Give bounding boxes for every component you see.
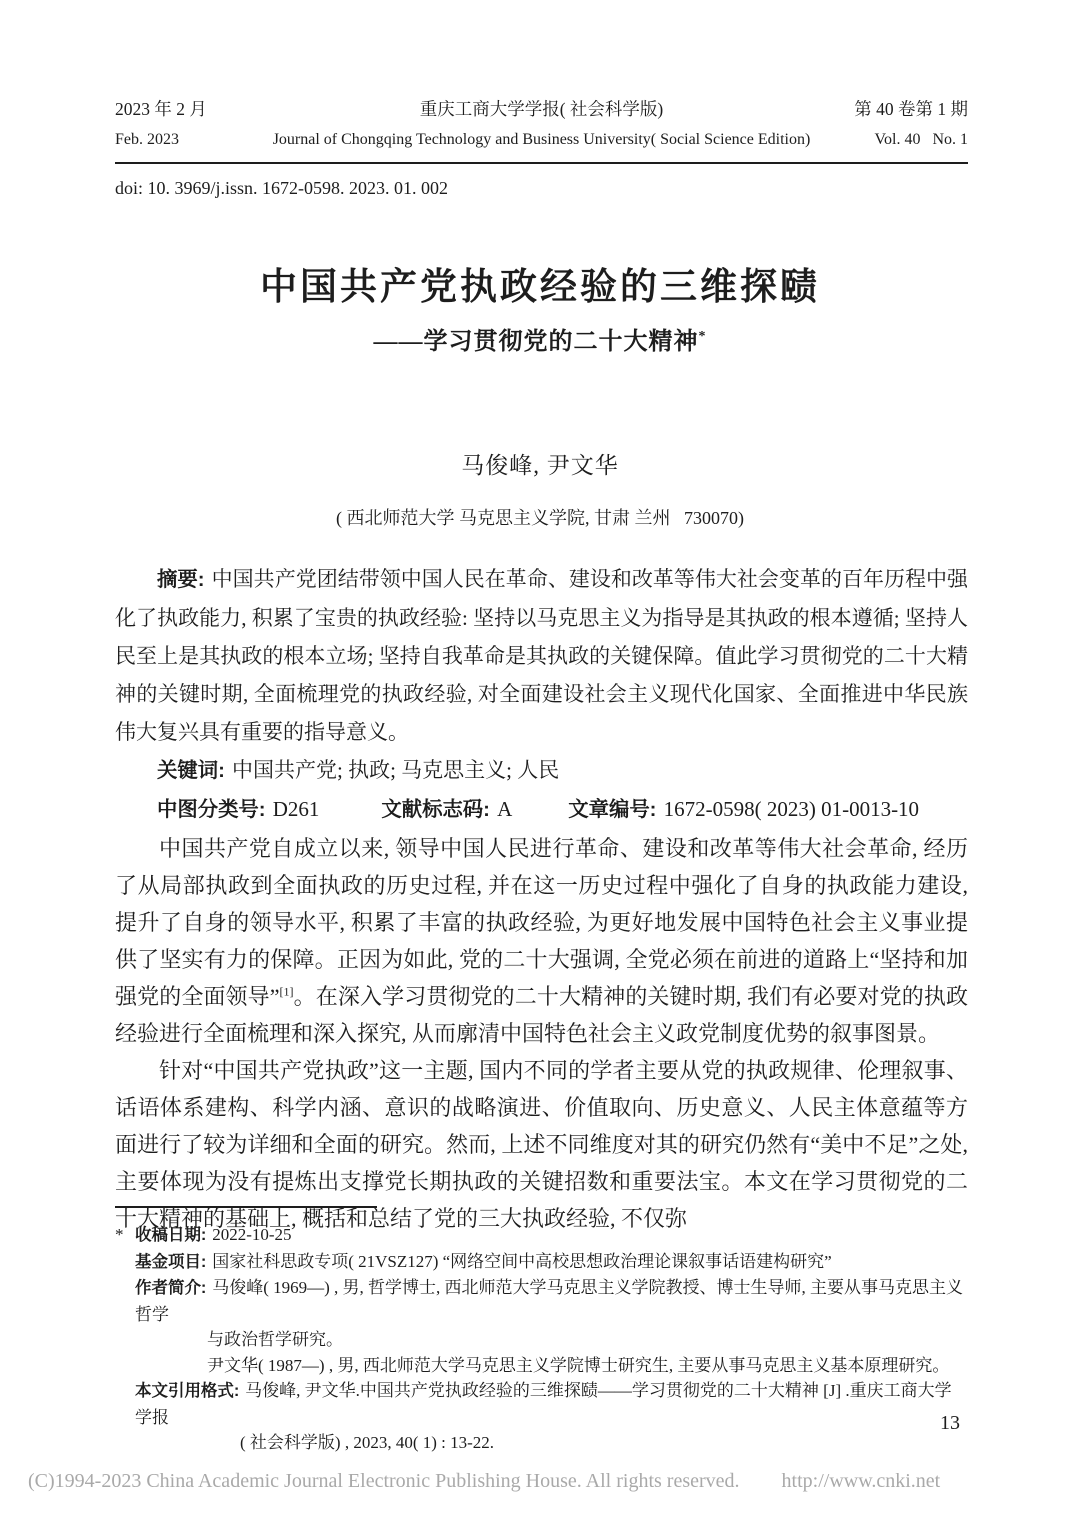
- received-date: 2022-10-25: [212, 1225, 291, 1244]
- classification-line: 中图分类号:D261文献标志码:A文章编号:1672-0598( 2023) 0…: [115, 790, 968, 829]
- footnote-bio-1: 作者简介:马俊峰( 1969—) , 男, 哲学博士, 西北师范大学马克思主义学…: [115, 1275, 968, 1327]
- header-issue-cn: 第 40 卷第 1 期: [854, 96, 968, 121]
- citation-text-a: 马俊峰, 尹文华.中国共产党执政经验的三维探赜——学习贯彻党的二十大精神 [J]…: [135, 1381, 952, 1427]
- clc-label: 中图分类号:: [157, 799, 266, 821]
- header-journal-name-en: Journal of Chongqing Technology and Busi…: [273, 131, 811, 149]
- abstract-text: 中国共产党团结带领中国人民在革命、建设和改革等伟大社会变革的百年历程中强化了执政…: [115, 567, 968, 744]
- footnote-citation-cont: ( 社会科学版) , 2023, 40( 1) : 13-22.: [115, 1430, 968, 1456]
- doc-code-label: 文献标志码:: [381, 799, 490, 821]
- clc-value: D261: [273, 797, 320, 821]
- footnote-received: *收稿日期:2022-10-25: [115, 1222, 968, 1249]
- subtitle-text: ——学习贯彻党的二十大精神: [374, 329, 699, 355]
- bio-label: 作者简介:: [135, 1279, 206, 1297]
- keywords-line: 关键词:中国共产党; 执政; 马克思主义; 人民: [115, 751, 968, 790]
- bio1-text-a: 马俊峰( 1969—) , 男, 哲学博士, 西北师范大学马克思主义学院教授、博…: [135, 1278, 963, 1324]
- footnote-citation: 本文引用格式:马俊峰, 尹文华.中国共产党执政经验的三维探赜——学习贯彻党的二十…: [115, 1378, 968, 1430]
- footnote-divider: [115, 1206, 377, 1208]
- authors: 马俊峰, 尹文华: [0, 447, 1080, 480]
- article-subtitle: ——学习贯彻党的二十大精神*: [0, 321, 1080, 356]
- citation-label: 本文引用格式:: [135, 1382, 239, 1400]
- header-divider: [115, 162, 968, 164]
- fund-label: 基金项目:: [135, 1253, 206, 1271]
- keywords-text: 中国共产党; 执政; 马克思主义; 人民: [232, 758, 559, 782]
- footnote-bio-2: 尹文华( 1987—) , 男, 西北师范大学马克思主义学院博士研究生, 主要从…: [115, 1353, 968, 1379]
- header-date-en: Feb. 2023: [115, 131, 179, 149]
- article-title: 中国共产党执政经验的三维探赜: [0, 256, 1080, 310]
- abstract-paragraph: 摘要:中国共产党团结带领中国人民在革命、建设和改革等伟大社会变革的百年历程中强化…: [115, 560, 968, 751]
- footnote-bio-1-cont: 与政治哲学研究。: [115, 1327, 968, 1353]
- footnote-fund: 基金项目:国家社科思政专项( 21VSZ127) “网络空间中高校思想政治理论课…: [115, 1249, 968, 1276]
- body-paragraph-1: 中国共产党自成立以来, 领导中国人民进行革命、建设和改革等伟大社会革命, 经历了…: [115, 830, 968, 1052]
- journal-header-en: Feb. 2023 Journal of Chongqing Technolog…: [115, 131, 968, 149]
- article-id-label: 文章编号:: [568, 799, 656, 821]
- footnote-section: *收稿日期:2022-10-25 基金项目:国家社科思政专项( 21VSZ127…: [115, 1222, 968, 1456]
- journal-page: 2023 年 2 月 重庆工商大学学报( 社会科学版) 第 40 卷第 1 期 …: [0, 0, 1080, 1528]
- abstract-label: 摘要:: [157, 569, 205, 591]
- copyright-watermark: (C)1994-2023 China Academic Journal Elec…: [28, 1470, 1058, 1493]
- header-journal-name-cn: 重庆工商大学学报( 社会科学版): [420, 96, 664, 121]
- citation-ref-1: [1]: [280, 985, 294, 999]
- cnki-url: http://www.cnki.net: [782, 1470, 941, 1492]
- fund-text: 国家社科思政专项( 21VSZ127) “网络空间中高校思想政治理论课叙事话语建…: [212, 1252, 832, 1271]
- header-issue-en: Vol. 40 No. 1: [875, 131, 969, 149]
- doi-line: doi: 10. 3969/j.issn. 1672-0598. 2023. 0…: [115, 178, 448, 199]
- subtitle-footnote-mark: *: [699, 329, 707, 344]
- doc-code-value: A: [497, 797, 512, 821]
- abstract-section: 摘要:中国共产党团结带领中国人民在革命、建设和改革等伟大社会变革的百年历程中强化…: [115, 560, 968, 829]
- article-id-value: 1672-0598( 2023) 01-0013-10: [664, 797, 919, 821]
- copyright-text: (C)1994-2023 China Academic Journal Elec…: [28, 1470, 740, 1492]
- affiliation: ( 西北师范大学 马克思主义学院, 甘肃 兰州 730070): [0, 504, 1080, 530]
- received-label: 收稿日期:: [135, 1226, 206, 1244]
- body-paragraph-2: 针对“中国共产党执政”这一主题, 国内不同的学者主要从党的执政规律、伦理叙事、话…: [115, 1052, 968, 1237]
- page-number: 13: [920, 1412, 960, 1435]
- body-section: 中国共产党自成立以来, 领导中国人民进行革命、建设和改革等伟大社会革命, 经历了…: [115, 830, 968, 1237]
- keywords-label: 关键词:: [157, 760, 225, 782]
- footnote-star: *: [115, 1222, 135, 1248]
- journal-header-cn: 2023 年 2 月 重庆工商大学学报( 社会科学版) 第 40 卷第 1 期: [115, 96, 968, 121]
- header-date-cn: 2023 年 2 月: [115, 96, 207, 121]
